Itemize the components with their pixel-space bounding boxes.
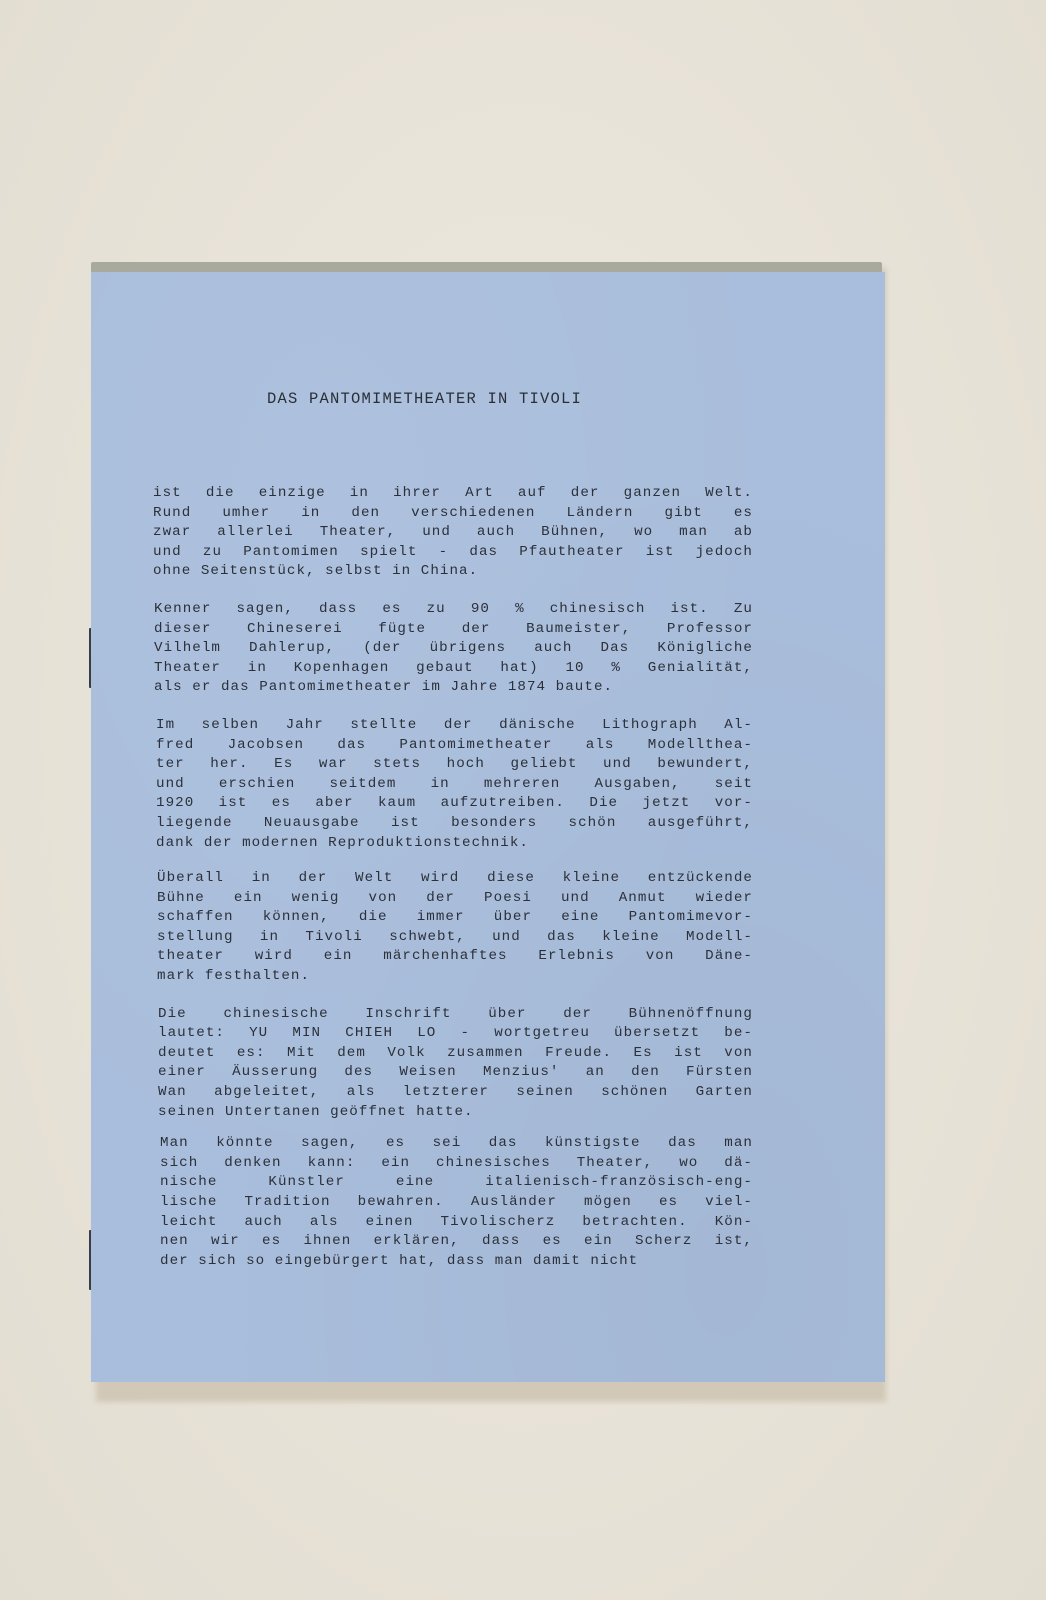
body-text: ist die einzige in ihrer Art auf der gan… [153, 484, 753, 1289]
text-line: Theater in Kopenhagen gebaut hat) 10 % G… [154, 659, 753, 679]
text-line: der sich so eingebürgert hat, dass man d… [160, 1252, 753, 1272]
text-line: dieser Chineserei fügte der Baumeister, … [154, 620, 753, 640]
paragraph-6: Man könnte sagen, es sei das künstigste … [160, 1134, 753, 1271]
text-line: Im selben Jahr stellte der dänische Lith… [156, 716, 753, 736]
text-line: und zu Pantomimen spielt - das Pfautheat… [153, 543, 753, 563]
text-line: ohne Seitenstück, selbst in China. [153, 562, 753, 582]
paragraph-5: Die chinesische Inschrift über der Bühne… [158, 1005, 753, 1123]
text-line: zwar allerlei Theater, und auch Bühnen, … [153, 523, 753, 543]
paragraph-3: Im selben Jahr stellte der dänische Lith… [156, 716, 753, 853]
text-line: lische Tradition bewahren. Ausländer mög… [160, 1193, 753, 1213]
text-line: nische Künstler eine italienisch-französ… [160, 1173, 753, 1193]
document-page: DAS PANTOMIMETHEATER IN TIVOLI ist die e… [91, 272, 885, 1382]
text-line: stellung in Tivoli schwebt, und das klei… [157, 928, 753, 948]
text-line: 1920 ist es aber kaum aufzutreiben. Die … [156, 794, 753, 814]
text-line: ist die einzige in ihrer Art auf der gan… [153, 484, 753, 504]
text-line: fred Jacobsen das Pantomimetheater als M… [156, 736, 753, 756]
text-line: theater wird ein märchenhaftes Erlebnis … [157, 947, 753, 967]
text-line: leicht auch als einen Tivolischerz betra… [160, 1213, 753, 1233]
text-line: Kenner sagen, dass es zu 90 % chinesisch… [154, 600, 753, 620]
paragraph-2: Kenner sagen, dass es zu 90 % chinesisch… [154, 600, 753, 698]
text-line: Die chinesische Inschrift über der Bühne… [158, 1005, 753, 1025]
text-line: und erschien seitdem in mehreren Ausgabe… [156, 775, 753, 795]
text-line: schaffen können, die immer über eine Pan… [157, 908, 753, 928]
text-line: Überall in der Welt wird diese kleine en… [157, 869, 753, 889]
text-line: Wan abgeleitet, als letzterer seinen sch… [158, 1083, 753, 1103]
paragraph-1: ist die einzige in ihrer Art auf der gan… [153, 484, 753, 582]
text-line: deutet es: Mit dem Volk zusammen Freude.… [158, 1044, 753, 1064]
text-line: liegende Neuausgabe ist besonders schön … [156, 814, 753, 834]
paragraph-4: Überall in der Welt wird diese kleine en… [157, 869, 753, 987]
text-line: sich denken kann: ein chinesisches Theat… [160, 1154, 753, 1174]
text-line: Vilhelm Dahlerup, (der übrigens auch Das… [154, 639, 753, 659]
text-line: Man könnte sagen, es sei das künstigste … [160, 1134, 753, 1154]
text-line: seinen Untertanen geöffnet hatte. [158, 1103, 753, 1123]
text-line: nen wir es ihnen erklären, dass es ein S… [160, 1232, 753, 1252]
text-line: Rund umher in den verschiedenen Ländern … [153, 504, 753, 524]
text-line: einer Äusserung des Weisen Menzius' an d… [158, 1063, 753, 1083]
text-line: ter her. Es war stets hoch geliebt und b… [156, 755, 753, 775]
text-line: mark festhalten. [157, 967, 753, 987]
text-line: lautet: YU MIN CHIEH LO - wortgetreu übe… [158, 1024, 753, 1044]
text-line: dank der modernen Reproduktionstechnik. [156, 834, 753, 854]
page-title: DAS PANTOMIMETHEATER IN TIVOLI [267, 390, 582, 408]
text-line: Bühne ein wenig von der Poesi und Anmut … [157, 889, 753, 909]
text-line: als er das Pantomimetheater im Jahre 187… [154, 678, 753, 698]
